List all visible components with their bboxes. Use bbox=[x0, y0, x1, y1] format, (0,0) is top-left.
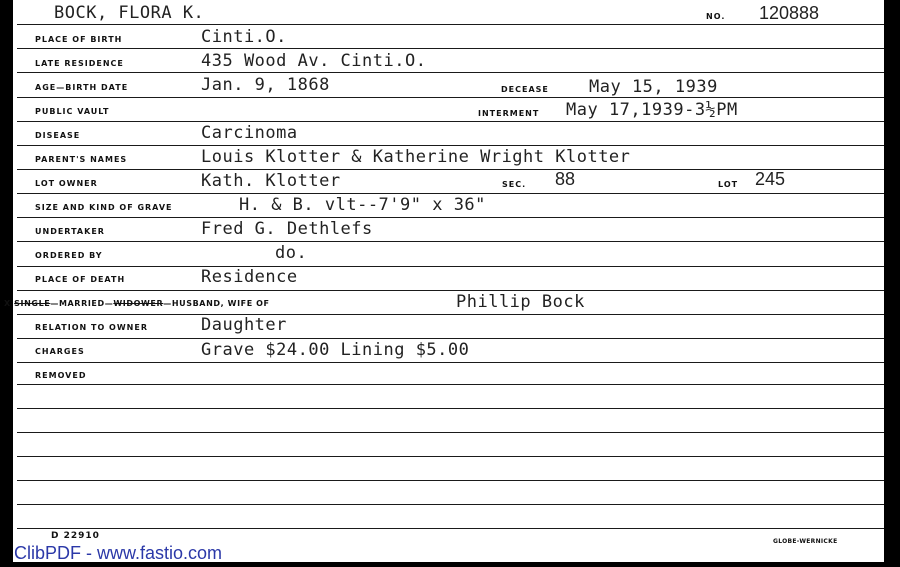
late-residence-value: 435 Wood Av. Cinti.O. bbox=[201, 51, 426, 71]
sec-label: Sec. bbox=[502, 180, 526, 189]
interment-label: Interment bbox=[478, 109, 539, 118]
marital-mark: X bbox=[4, 299, 11, 308]
record-number-label: No. bbox=[706, 12, 725, 21]
relation-to-owner-label: Relation to Owner bbox=[35, 323, 148, 332]
lot-owner-value: Kath. Klotter bbox=[201, 171, 341, 191]
charges-label: Charges bbox=[35, 347, 85, 356]
spouse-value: Phillip Bock bbox=[456, 292, 585, 312]
rule bbox=[17, 217, 884, 218]
blank-rule bbox=[17, 528, 884, 529]
disease-label: Disease bbox=[35, 131, 80, 140]
decease-value: May 15, 1939 bbox=[589, 77, 718, 97]
rule bbox=[17, 72, 884, 73]
size-kind-grave-value: H. & B. vlt--7'9" x 36" bbox=[239, 195, 486, 215]
rule bbox=[17, 314, 884, 315]
place-of-death-value: Residence bbox=[201, 267, 298, 287]
rule bbox=[17, 24, 884, 25]
ordered-by-label: Ordered By bbox=[35, 251, 103, 260]
rule bbox=[17, 241, 884, 242]
lot-label: Lot bbox=[718, 180, 738, 189]
deceased-name: BOCK, FLORA K. bbox=[54, 3, 204, 23]
blank-rule bbox=[17, 480, 884, 481]
removed-label: Removed bbox=[35, 371, 86, 380]
rule bbox=[17, 145, 884, 146]
burial-record-card: BOCK, FLORA K. No. 120888 Place of Birth… bbox=[13, 0, 884, 562]
lot-owner-label: Lot Owner bbox=[35, 179, 98, 188]
rule bbox=[17, 169, 884, 170]
size-kind-grave-label: Size and Kind of Grave bbox=[35, 203, 172, 212]
place-of-death-label: Place of Death bbox=[35, 275, 125, 284]
rule bbox=[17, 266, 884, 267]
charges-value: Grave $24.00 Lining $5.00 bbox=[201, 340, 469, 360]
decease-label: Decease bbox=[501, 85, 549, 94]
disease-value: Carcinoma bbox=[201, 123, 298, 143]
rule bbox=[17, 384, 884, 385]
undertaker-label: Undertaker bbox=[35, 227, 105, 236]
relation-to-owner-value: Daughter bbox=[201, 315, 287, 335]
rule bbox=[17, 338, 884, 339]
rule bbox=[17, 48, 884, 49]
late-residence-label: Late Residence bbox=[35, 59, 124, 68]
manufacturer-mark: GLOBE-WERNICKE bbox=[773, 538, 837, 545]
public-vault-label: Public Vault bbox=[35, 107, 110, 116]
parents-names-label: Parent's Names bbox=[35, 155, 127, 164]
marital-married: Married bbox=[59, 299, 105, 308]
rule bbox=[17, 193, 884, 194]
parents-names-value: Louis Klotter & Katherine Wright Klotter bbox=[201, 147, 630, 167]
blank-rule bbox=[17, 456, 884, 457]
marital-status-label: X Single—Married—Widower—Husband, Wife o… bbox=[4, 299, 270, 308]
marital-single: Single bbox=[14, 299, 50, 308]
age-birth-date-label: Age—Birth Date bbox=[35, 83, 128, 92]
blank-rule bbox=[17, 504, 884, 505]
record-number: 120888 bbox=[759, 3, 819, 24]
age-birth-date-value: Jan. 9, 1868 bbox=[201, 75, 330, 95]
rule bbox=[17, 290, 884, 291]
place-of-birth-value: Cinti.O. bbox=[201, 27, 287, 47]
blank-rule bbox=[17, 408, 884, 409]
marital-husband-wife: Husband, Wife of bbox=[172, 299, 270, 308]
rule bbox=[17, 97, 884, 98]
interment-value: May 17,1939-3½PM bbox=[566, 100, 738, 120]
rule bbox=[17, 362, 884, 363]
marital-widower: Widower bbox=[113, 299, 163, 308]
rule bbox=[17, 121, 884, 122]
form-code: D 22910 bbox=[51, 531, 100, 541]
lot-value: 245 bbox=[755, 169, 785, 190]
watermark: ClibPDF - www.fastio.com bbox=[14, 543, 222, 564]
ordered-by-value: do. bbox=[275, 243, 307, 263]
blank-rule bbox=[17, 432, 884, 433]
undertaker-value: Fred G. Dethlefs bbox=[201, 219, 373, 239]
place-of-birth-label: Place of Birth bbox=[35, 35, 122, 44]
sec-value: 88 bbox=[555, 169, 575, 190]
